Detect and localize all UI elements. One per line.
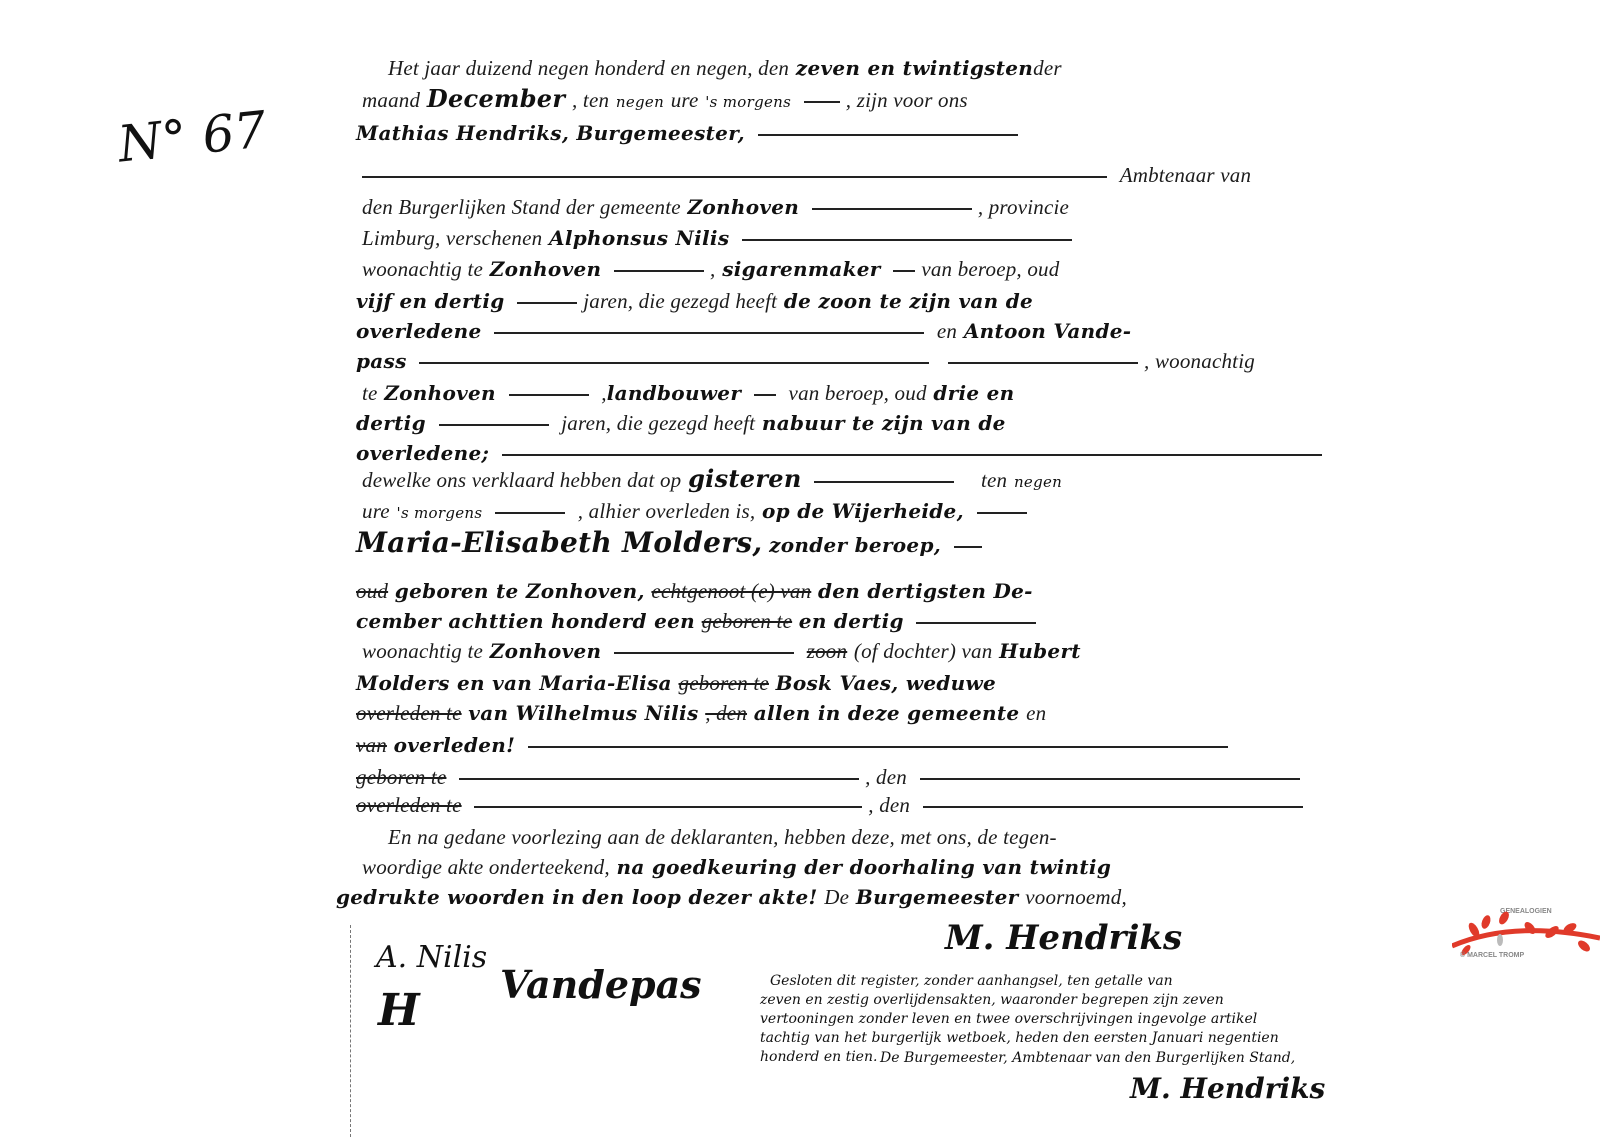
fill-line bbox=[614, 270, 704, 272]
line-26: woordige akte onderteekend, na goedkeuri… bbox=[362, 854, 1111, 880]
line-13: overledene; bbox=[356, 440, 1328, 466]
printed-text: , zijn voor ons bbox=[846, 88, 968, 112]
deceased-name: Maria-Elisabeth Molders, bbox=[356, 526, 762, 559]
line-6: Limburg, verschenen Alphonsus Nilis bbox=[362, 225, 1078, 251]
printed-text: , alhier overleden is, bbox=[578, 499, 756, 523]
struck-printed-text: geboren te bbox=[679, 671, 769, 695]
fill-line bbox=[754, 394, 776, 396]
handwritten-declarant-2: Antoon Vande- bbox=[964, 319, 1132, 343]
signature-witness-1: A. Nilis bbox=[376, 940, 487, 975]
struck-printed-text: oud bbox=[356, 579, 388, 603]
line-27: gedrukte woorden in den loop dezer akte!… bbox=[336, 884, 1127, 910]
line-2: maand December , ten negen ure 's morgen… bbox=[362, 86, 968, 115]
register-number: N° 67 bbox=[115, 100, 269, 173]
signature-mayor: M. Hendriks bbox=[945, 918, 1182, 958]
printed-text: , bbox=[710, 257, 715, 281]
printed-text: maand bbox=[362, 88, 420, 112]
fill-line bbox=[439, 424, 549, 426]
handwritten-declarant-1: Alphonsus Nilis bbox=[549, 226, 729, 250]
printed-text: en bbox=[937, 319, 957, 343]
signature-mayor-closing: M. Hendriks bbox=[1130, 1072, 1325, 1105]
fill-line bbox=[459, 778, 859, 780]
printed-text: dewelke ons verklaard hebben dat op bbox=[362, 468, 681, 492]
handwritten-occupation: landbouwer bbox=[607, 381, 741, 405]
fill-line bbox=[474, 806, 862, 808]
genealogien-watermark: GENEALOGIEN © MARCEL TROMP bbox=[1452, 902, 1600, 962]
printed-text: woonachtig te bbox=[362, 257, 483, 281]
fill-line bbox=[804, 101, 840, 103]
annotation-line: Gesloten dit register, zonder aanhangsel… bbox=[760, 972, 1520, 991]
struck-printed-text: overleden te bbox=[356, 793, 462, 817]
annotation-line: vertooningen zonder leven en twee oversc… bbox=[760, 1010, 1520, 1029]
printed-text: , ten bbox=[572, 88, 609, 112]
line-20: Molders en van Maria-Elisa geboren te Bo… bbox=[356, 670, 996, 696]
handwritten-official-name: Mathias Hendriks, Burgemeester, bbox=[356, 121, 745, 145]
handwritten-relation: de zoon te zijn van de bbox=[784, 289, 1033, 313]
line-19: woonachtig te Zonhoven zoon (of dochter)… bbox=[362, 638, 1081, 664]
printed-text: ten bbox=[981, 468, 1007, 492]
handwritten-parents: Molders en van Maria-Elisa bbox=[356, 671, 672, 695]
line-14: dewelke ons verklaard hebben dat op gist… bbox=[362, 466, 1062, 495]
line-8: vijf en dertig jaren, die gezegd heeft d… bbox=[356, 288, 1033, 314]
line-24: overleden te , den bbox=[356, 792, 1309, 818]
line-23: geboren te , den bbox=[356, 764, 1306, 790]
printed-text: De bbox=[824, 885, 849, 909]
printed-text: , den bbox=[865, 765, 907, 789]
fill-line bbox=[502, 454, 1322, 456]
struck-printed-text: geboren te bbox=[356, 765, 446, 789]
printed-text: woordige akte onderteekend, bbox=[362, 855, 610, 879]
handwritten-text: pass bbox=[356, 349, 407, 373]
fill-line bbox=[419, 362, 929, 364]
handwritten-father-name: Hubert bbox=[999, 639, 1081, 663]
struck-printed-text: , den bbox=[705, 701, 747, 725]
handwritten-residence: Zonhoven bbox=[490, 257, 602, 281]
printed-text: van beroep, oud bbox=[921, 257, 1059, 281]
line-1: Het jaar duizend negen honderd en negen,… bbox=[388, 55, 1062, 81]
handwritten-text: allen in deze gemeente bbox=[754, 701, 1020, 725]
fill-line bbox=[812, 208, 972, 210]
annotation-line: tachtig van het burgerlijk wetboek, hede… bbox=[760, 1029, 1520, 1048]
line-3: Mathias Hendriks, Burgemeester, bbox=[356, 120, 1024, 146]
line-18: cember achttien honderd een geboren te e… bbox=[356, 608, 1042, 634]
printed-text: den Burgerlijken Stand der gemeente bbox=[362, 195, 681, 219]
handwritten-place-of-death: op de Wijerheide, bbox=[762, 499, 964, 523]
handwritten-approval-note: gedrukte woorden in den loop dezer akte! bbox=[336, 885, 818, 909]
handwritten-day: zeven en twintigsten bbox=[796, 56, 1033, 80]
struck-printed-text: geboren te bbox=[702, 609, 792, 633]
printed-text: (of dochter) van bbox=[854, 639, 993, 663]
watermark-label-bottom: © MARCEL TROMP bbox=[1460, 952, 1524, 959]
handwritten-birthplace: geboren te Zonhoven, bbox=[395, 579, 645, 603]
closing-annotation: Gesloten dit register, zonder aanhangsel… bbox=[760, 972, 1520, 1068]
fill-line bbox=[814, 481, 954, 483]
handwritten-month: December bbox=[427, 84, 565, 113]
fill-line bbox=[916, 622, 1036, 624]
fill-line bbox=[742, 239, 1072, 241]
handwritten-text: overleden! bbox=[394, 733, 516, 757]
handwritten-spouse: van Wilhelmus Nilis bbox=[468, 701, 698, 725]
printed-text: , den bbox=[868, 793, 910, 817]
handwritten-date-of-death: gisteren bbox=[688, 464, 802, 493]
printed-text: van beroep, oud bbox=[789, 381, 927, 405]
fill-line bbox=[948, 362, 1138, 364]
struck-printed-text: echtgenoot (e) van bbox=[651, 579, 811, 603]
handwritten-text: overledene bbox=[356, 319, 482, 343]
handwritten-time-of-day: 's morgens bbox=[705, 93, 791, 111]
handwritten-birthdate: den dertigsten De- bbox=[818, 579, 1033, 603]
fill-line bbox=[920, 778, 1300, 780]
fill-line bbox=[362, 176, 1107, 178]
line-5: den Burgerlijken Stand der gemeente Zonh… bbox=[362, 194, 1069, 220]
signature-initial: H bbox=[378, 985, 420, 1036]
handwritten-residence: Zonhoven bbox=[490, 639, 602, 663]
handwritten-approval-note: na goedkeuring der doorhaling van twinti… bbox=[616, 855, 1111, 879]
handwritten-hour: negen bbox=[1014, 473, 1062, 491]
handwritten-occupation: zonder beroep, bbox=[769, 533, 941, 557]
line-17: oud geboren te Zonhoven, echtgenoot (e) … bbox=[356, 578, 1033, 604]
line-9: overledene en Antoon Vande- bbox=[356, 318, 1131, 344]
fill-line bbox=[758, 134, 1018, 136]
line-25: En na gedane voorlezing aan de deklarant… bbox=[388, 824, 1057, 850]
signature-witness-2: Vandepas bbox=[500, 962, 702, 1007]
annotation-line: zeven en zestig overlijdensakten, waaron… bbox=[760, 991, 1520, 1010]
handwritten-residence: Zonhoven bbox=[384, 381, 496, 405]
handwritten-mother-name: Bosk Vaes, weduwe bbox=[776, 671, 996, 695]
line-11: te Zonhoven ,landbouwer van beroep, oud … bbox=[362, 380, 1015, 406]
fill-line bbox=[517, 302, 577, 304]
printed-text: woonachtig te bbox=[362, 639, 483, 663]
margin-border bbox=[350, 925, 351, 1137]
line-7: woonachtig te Zonhoven , sigarenmaker va… bbox=[362, 256, 1059, 282]
death-certificate-page: N° 67 Het jaar duizend negen honderd en … bbox=[0, 0, 1600, 1137]
handwritten-birthdate: cember achttien honderd een bbox=[356, 609, 695, 633]
handwritten-time-of-day: 's morgens bbox=[397, 504, 483, 522]
line-21: overleden te van Wilhelmus Nilis , den a… bbox=[356, 700, 1046, 726]
line-10: pass , woonachtig bbox=[356, 348, 1255, 374]
fill-line bbox=[923, 806, 1303, 808]
printed-text: Limburg, verschenen bbox=[362, 226, 542, 250]
printed-text: jaren, die gezegd heeft bbox=[561, 411, 755, 435]
printed-text: En na gedane voorlezing aan de deklarant… bbox=[388, 825, 1057, 849]
printed-text: , woonachtig bbox=[1144, 349, 1255, 373]
fill-line bbox=[954, 546, 982, 548]
handwritten-municipality: Zonhoven bbox=[687, 195, 799, 219]
fill-line bbox=[977, 512, 1027, 514]
struck-printed-text: zoon bbox=[807, 639, 847, 663]
printed-text: ure bbox=[671, 88, 699, 112]
handwritten-occupation: sigarenmaker bbox=[722, 257, 880, 281]
fill-line bbox=[495, 512, 565, 514]
line-22: van overleden! bbox=[356, 732, 1234, 758]
handwritten-hour: negen bbox=[616, 93, 664, 111]
printed-text: , provincie bbox=[978, 195, 1069, 219]
line-15: ure 's morgens , alhier overleden is, op… bbox=[362, 498, 1033, 526]
line-4: Ambtenaar van bbox=[362, 162, 1251, 188]
fill-line bbox=[614, 652, 794, 654]
printed-text: Het jaar duizend negen honderd en negen,… bbox=[388, 56, 789, 80]
printed-text: der bbox=[1033, 56, 1062, 80]
printed-text: ure bbox=[362, 499, 390, 523]
struck-printed-text: overleden te bbox=[356, 701, 462, 725]
handwritten-age: dertig bbox=[356, 411, 426, 435]
fill-line bbox=[509, 394, 589, 396]
printed-text: jaren, die gezegd heeft bbox=[583, 289, 777, 313]
printed-text: en bbox=[1026, 701, 1046, 725]
fill-line bbox=[893, 270, 915, 272]
handwritten-birthdate: en dertig bbox=[799, 609, 904, 633]
handwritten-relation: nabuur te zijn van de bbox=[762, 411, 1006, 435]
line-12: dertig jaren, die gezegd heeft nabuur te… bbox=[356, 410, 1006, 436]
line-16: Maria-Elisabeth Molders, zonder beroep, bbox=[356, 530, 988, 558]
fill-line bbox=[494, 332, 924, 334]
fill-line bbox=[528, 746, 1228, 748]
handwritten-age: vijf en dertig bbox=[356, 289, 505, 313]
printed-text: voornoemd, bbox=[1025, 885, 1127, 909]
handwritten-title: Burgemeester bbox=[856, 885, 1019, 909]
struck-printed-text: van bbox=[356, 733, 387, 757]
handwritten-age: drie en bbox=[933, 381, 1014, 405]
printed-text: Ambtenaar van bbox=[1120, 163, 1252, 187]
handwritten-text: overledene; bbox=[356, 441, 489, 465]
printed-text: te bbox=[362, 381, 378, 405]
